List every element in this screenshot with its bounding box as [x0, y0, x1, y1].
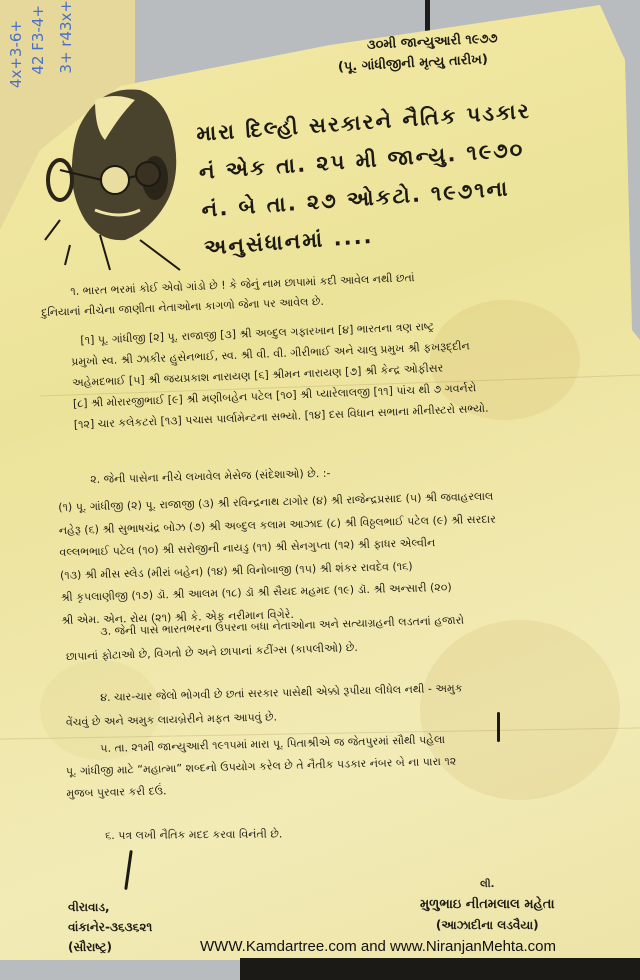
address-line: (સૌરાષ્ટ્ર) [68, 937, 152, 957]
closing: લી. [420, 875, 555, 895]
letter-headline: મારા દિલ્હી સરકારને નૈતિક પડકાર નં એક તા… [195, 92, 540, 267]
point-5: ૫. તા. ૨૧મી જાન્યુઆરી ૧૯૧૫માં મારા પૂ. પ… [100, 729, 457, 804]
signatory-name: મુળુભાઇ નીતમલાલ મહેતા [420, 895, 555, 915]
point-6: ૬. પત્ર લખી નૈતિક મદદ કરવા વિનંતી છે. [105, 824, 282, 846]
pen-mark [497, 712, 500, 742]
handwriting-line: 3+ r43x+ [58, 0, 75, 74]
address-line: વાંકાનેર-૩૬૩૬૨૧ [68, 917, 152, 937]
point-1-list: [૧] પૂ. ગાંધીજી [૨] પૂ. રાજાજી [૩] શ્રી … [80, 314, 489, 435]
point-2-list: (૧) પૂ. ગાંધીજી (૨) પૂ. રાજાજી (૩) શ્રી … [58, 486, 498, 632]
handwriting-line: 42 F3-4+ [30, 5, 47, 75]
portrait-sketch-icon [40, 70, 185, 275]
signatory-title: (આઝાદીના લડવૈયા) [420, 915, 555, 935]
sender-address: વીરાવાડ, વાંકાનેર-૩૬૩૬૨૧ (સૌરાષ્ટ્ર) [68, 897, 152, 957]
handwriting-line: 4x+3-6+ [8, 20, 25, 88]
background-dark-edge [240, 958, 640, 980]
signature-block: લી. મુળુભાઇ નીતમલાલ મહેતા (આઝાદીના લડવૈય… [420, 875, 555, 935]
background-board-edge [425, 0, 430, 35]
website-watermark: WWW.Kamdartree.com and www.NiranjanMehta… [200, 938, 556, 955]
address-line: વીરાવાડ, [68, 897, 152, 917]
